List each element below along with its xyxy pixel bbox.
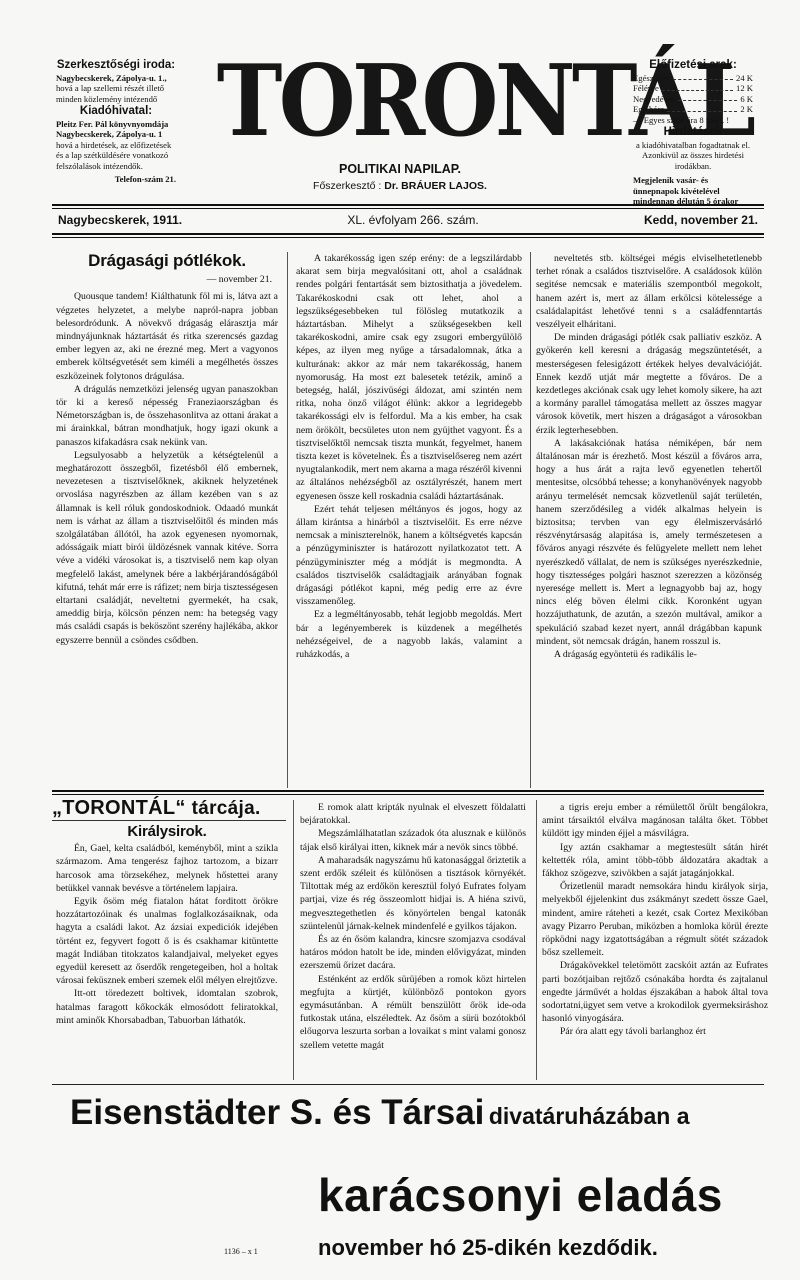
paragraph: Őrizetlenül maradt nemsokára hindu királ… (542, 880, 768, 959)
section-divider (52, 790, 764, 795)
paragraph: Igy aztán csakhamar a megtestesült sátán… (542, 841, 768, 881)
column-divider (293, 800, 294, 1080)
article-dateline: — november 21. (56, 273, 278, 286)
single-issue-price: — Egyes szám ára 8 fillér. ! (633, 115, 753, 126)
feuilleton-heading: „TORONTÁL“ tárcája. (52, 797, 288, 820)
paragraph: Megszámlálhatatlan századok óta alusznak… (300, 827, 526, 853)
paragraph: Én, Gael, kelta családból, keményből, mi… (56, 842, 278, 895)
paragraph: Itt-ott töredezett boltivek, idomtalan s… (56, 987, 278, 1027)
feuilleton-column-2: E romok alatt kripták nyulnak el elvesze… (300, 801, 526, 1052)
ads-heading: Hirdetések (633, 127, 753, 138)
paragraph: a tigris ereju ember a rémülettől őrült … (542, 801, 768, 841)
paragraph: Ezért tehát teljesen méltányos és jogos,… (296, 503, 522, 609)
feuilleton-column-3: a tigris ereju ember a rémülettől őrült … (542, 801, 768, 1039)
paragraph: A lakásakciónak hatása némiképen, bár ne… (536, 437, 762, 648)
paragraph: A maharadsák nagyszámu hű katonasággal ő… (300, 854, 526, 933)
lead-article-column-1: Drágasági pótlékok. — november 21. Quous… (56, 252, 278, 647)
lead-article-column-2: A takarékosság igen szép erény: de a leg… (296, 252, 522, 661)
ad-divider (52, 1084, 764, 1085)
editorial-office-note: hová a lap szellemi részét illető minden… (56, 83, 176, 104)
paragraph: Pár óra alatt egy távoli barlanghoz ért (542, 1025, 768, 1038)
paragraph: E romok alatt kripták nyulnak el elvesze… (300, 801, 526, 827)
newspaper-title: TORONTÁL (217, 48, 590, 156)
ads-note: a kiadóhivatalban fogadtatnak el. Azonki… (633, 140, 753, 172)
column-divider (287, 252, 288, 788)
price-row: Egy hóra2 K (633, 104, 753, 115)
publisher-name: Pleitz Fer. Pál könyvnyomdája (56, 119, 176, 130)
place-and-year: Nagybecskerek, 1911. (58, 213, 182, 227)
paragraph: Esténként az erdők sürüjében a romok köz… (300, 973, 526, 1052)
paragraph: De minden drágasági pótlék csak palliati… (536, 331, 762, 437)
publication-schedule: Megjelenik vasár- és ünnepnapok kivételé… (633, 175, 753, 207)
ad-code: 1136 – x 1 (224, 1247, 258, 1256)
dateline-bar: Nagybecskerek, 1911. XL. évfolyam 266. s… (58, 213, 758, 227)
subscription-prices-heading: Előfizetési arak: (633, 60, 753, 71)
paragraph: Legsulyosabb a helyzetük a kétségtelenül… (56, 449, 278, 647)
feuilleton-label: tárcája. (192, 798, 261, 819)
paragraph: Egyik ősöm még fiatalon hátat forditott … (56, 895, 278, 987)
ad-store-line: Eisenstädter S. és Társai divatáruházába… (70, 1093, 770, 1133)
article-title: Drágasági pótlékok. (56, 254, 278, 267)
paragraph: A drágulás nemzetközi jelenség ugyan pan… (56, 383, 278, 449)
lead-article-column-3: neveltetés stb. költségei mégis elviselh… (536, 252, 762, 661)
column-divider (530, 252, 531, 788)
masthead-right-info: Előfizetési arak: Egész évre24 K Félévre… (633, 58, 753, 207)
price-row: Félévre12 K (633, 83, 753, 94)
publisher-address: Nagybecskerek, Zápolya-u. 1 (56, 129, 176, 140)
paragraph: Drágakövekkel teletömött zacskóit aztán … (542, 959, 768, 1025)
editor-label: Főszerkesztő : (313, 180, 381, 192)
ad-headline: karácsonyi eladás (318, 1168, 723, 1222)
paragraph: A takarékosság igen szép erény: de a leg… (296, 252, 522, 503)
paragraph: A drágaság egyöntetü és radikális le- (536, 648, 762, 661)
column-divider (536, 800, 537, 1080)
ad-store-name: Eisenstädter S. és Társai (70, 1093, 484, 1132)
issue-date: Kedd, november 21. (644, 213, 758, 227)
masthead-left-info: Szerkesztőségi iroda: Nagybecskerek, Záp… (56, 58, 176, 185)
feuilleton-title: Királysirok. (56, 825, 278, 838)
rule-divider (52, 233, 764, 238)
editorial-office-heading: Szerkesztőségi iroda: (56, 60, 176, 71)
phone-number: Telefon-szám 21. (56, 174, 176, 185)
ad-store-suffix: divatáruházában a (489, 1103, 690, 1129)
editor-name: Dr. BRÁUER LAJOS. (384, 180, 487, 192)
paragraph: neveltetés stb. költségei mégis elviselh… (536, 252, 762, 331)
paragraph: Quousque tandem! Kiálthatunk föl mi is, … (56, 290, 278, 382)
ad-start-date: november hó 25-dikén kezdődik. (318, 1235, 658, 1261)
editor-in-chief: Főszerkesztő : Dr. BRÁUER LAJOS. (190, 180, 610, 192)
publisher-heading: Kiadóhivatal: (56, 106, 176, 117)
rule-divider (52, 204, 764, 209)
editorial-office-address: Nagybecskerek, Zápolya-u. 1., (56, 73, 176, 84)
newspaper-subtitle: POLITIKAI NAPILAP. (190, 162, 610, 176)
publisher-note: hová a hirdetések, az előfizetések és a … (56, 140, 176, 172)
paragraph: És az én ősöm kalandra, kincsre szomjazv… (300, 933, 526, 973)
feuilleton-paper-name: „TORONTÁL“ (52, 797, 186, 819)
paragraph: Ez a legméltányosabb, tehát legjobb mego… (296, 608, 522, 661)
feuilleton-heading-rule (52, 820, 286, 821)
price-row: Egész évre24 K (633, 73, 753, 84)
issue-number: XL. évfolyam 266. szám. (347, 213, 478, 227)
feuilleton-column-1: Királysirok. Én, Gael, kelta családból, … (56, 823, 278, 1027)
price-row: Negyedévre6 K (633, 94, 753, 105)
